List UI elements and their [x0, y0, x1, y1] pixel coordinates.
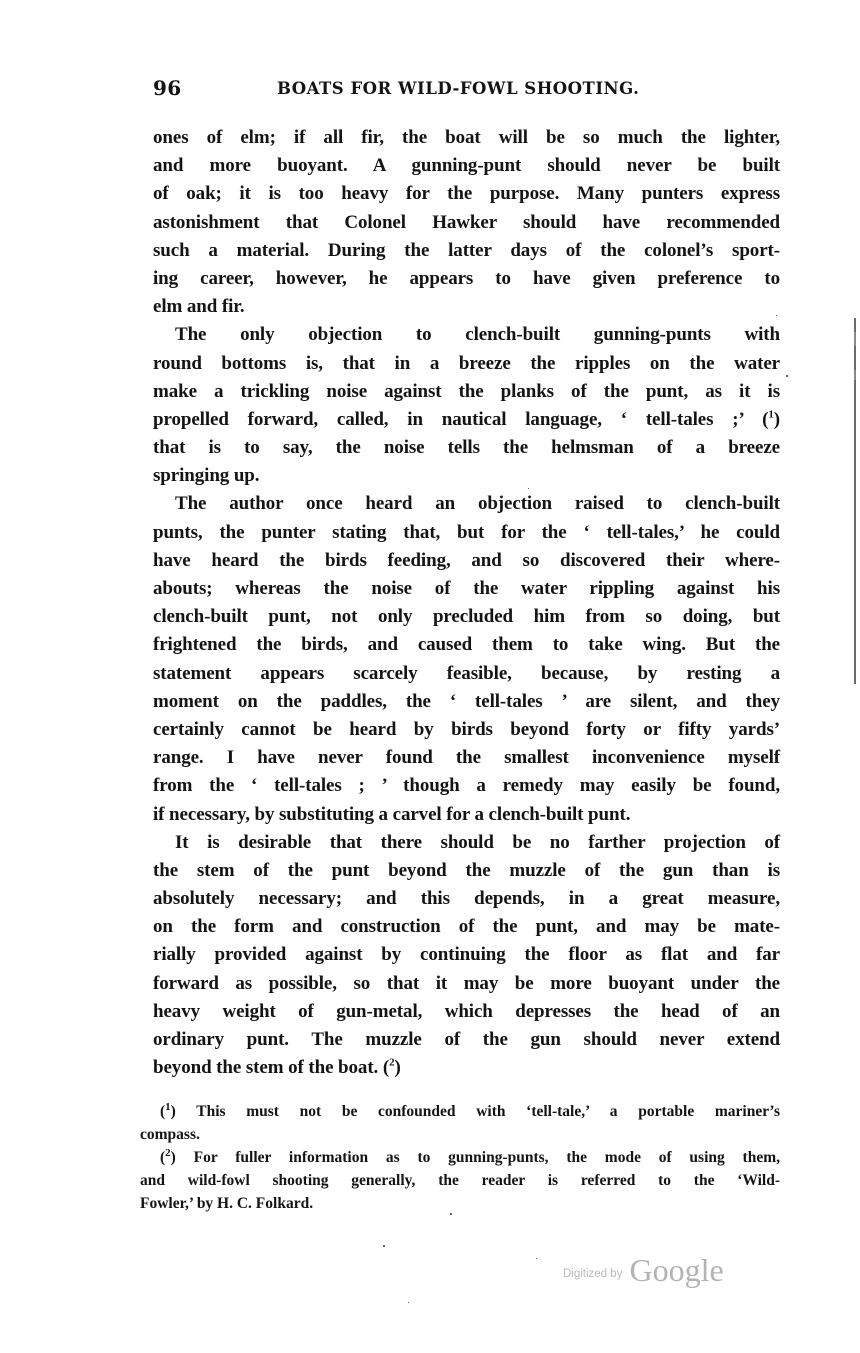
paragraph-start-line: The only objection to clench-built gunni…	[153, 321, 780, 349]
text-line: and more buoyant. A gunning-punt should …	[153, 152, 780, 180]
running-head: 96 BOATS FOR WILD-FOWL SHOOTING.	[153, 76, 793, 102]
running-title: BOATS FOR WILD-FOWL SHOOTING.	[277, 79, 639, 98]
paragraph-start-line: The author once heard an objection raise…	[153, 490, 780, 518]
text-line-with-footnote-ref: beyond the stem of the boat. (2)	[153, 1054, 780, 1082]
text-line: of oak; it is too heavy for the purpose.…	[153, 180, 780, 208]
text-line: on the form and construction of the punt…	[153, 913, 780, 941]
footnote-2: (2) For fuller information as to gunning…	[140, 1146, 780, 1169]
text-line: forward as possible, so that it may be m…	[153, 970, 780, 998]
text-line: have heard the birds feeding, and so dis…	[153, 547, 780, 575]
text-line: the stem of the punt beyond the muzzle o…	[153, 857, 780, 885]
text-line: punts, the punter stating that, but for …	[153, 519, 780, 547]
footnote-1: (1) This must not be confounded with ‘te…	[140, 1100, 780, 1123]
text-line: make a trickling noise against the plank…	[153, 378, 780, 406]
google-logo-text: Google	[630, 1252, 724, 1288]
scan-speck	[408, 1302, 409, 1303]
scan-speck	[536, 1258, 537, 1259]
text-line: elm and fir.	[153, 293, 780, 321]
text-line: heavy weight of gun-metal, which depress…	[153, 998, 780, 1026]
scan-speck	[450, 1213, 452, 1215]
text-line: if necessary, by substituting a carvel f…	[153, 801, 780, 829]
scan-edge-artifact	[854, 332, 856, 346]
text-line: range. I have never found the smallest i…	[153, 744, 780, 772]
watermark-prefix: Digitized by	[563, 1268, 622, 1280]
text-line: such a material. During the latter days …	[153, 237, 780, 265]
text-line: that is to say, the noise tells the helm…	[153, 434, 780, 462]
text-line: moment on the paddles, the ‘ tell-tales …	[153, 688, 780, 716]
footnote-1-continuation: compass.	[140, 1123, 780, 1146]
paragraph-start-line: It is desirable that there should be no …	[153, 829, 780, 857]
scan-speck	[528, 488, 529, 489]
text-line: ing career, however, he appears to have …	[153, 265, 780, 293]
page-number: 96	[153, 76, 181, 100]
text-line-with-footnote-ref: propelled forward, called, in nautical l…	[153, 406, 780, 434]
book-page: 96 BOATS FOR WILD-FOWL SHOOTING. ones of…	[0, 0, 860, 1353]
text-line: ordinary punt. The muzzle of the gun sho…	[153, 1026, 780, 1054]
digitized-by-google-watermark: Digitized by Google	[563, 1252, 724, 1289]
text-line: frightened the birds, and caused them to…	[153, 631, 780, 659]
text-line: springing up.	[153, 462, 780, 490]
scan-speck	[786, 375, 788, 377]
text-line: clench-built punt, not only precluded hi…	[153, 603, 780, 631]
text-line: statement appears scarcely feasible, bec…	[153, 660, 780, 688]
text-line: abouts; whereas the noise of the water r…	[153, 575, 780, 603]
footnotes: (1) This must not be confounded with ‘te…	[140, 1100, 780, 1215]
scan-speck	[776, 315, 777, 316]
footnote-2-continuation: and wild-fowl shooting generally, the re…	[140, 1169, 780, 1192]
text-line: ones of elm; if all fir, the boat will b…	[153, 124, 780, 152]
text-line: round bottoms is, that in a breeze the r…	[153, 350, 780, 378]
footnote-2-continuation: Fowler,’ by H. C. Folkard.	[140, 1192, 780, 1215]
text-line: absolutely necessary; and this depends, …	[153, 885, 780, 913]
scan-edge-artifact	[854, 370, 856, 380]
text-line: astonishment that Colonel Hawker should …	[153, 209, 780, 237]
text-line: certainly cannot be heard by birds beyon…	[153, 716, 780, 744]
scan-speck	[383, 1245, 385, 1247]
text-line: rially provided against by continuing th…	[153, 941, 780, 969]
body-text: ones of elm; if all fir, the boat will b…	[153, 124, 780, 1082]
text-line: from the ‘ tell-tales ; ’ though a remed…	[153, 772, 780, 800]
